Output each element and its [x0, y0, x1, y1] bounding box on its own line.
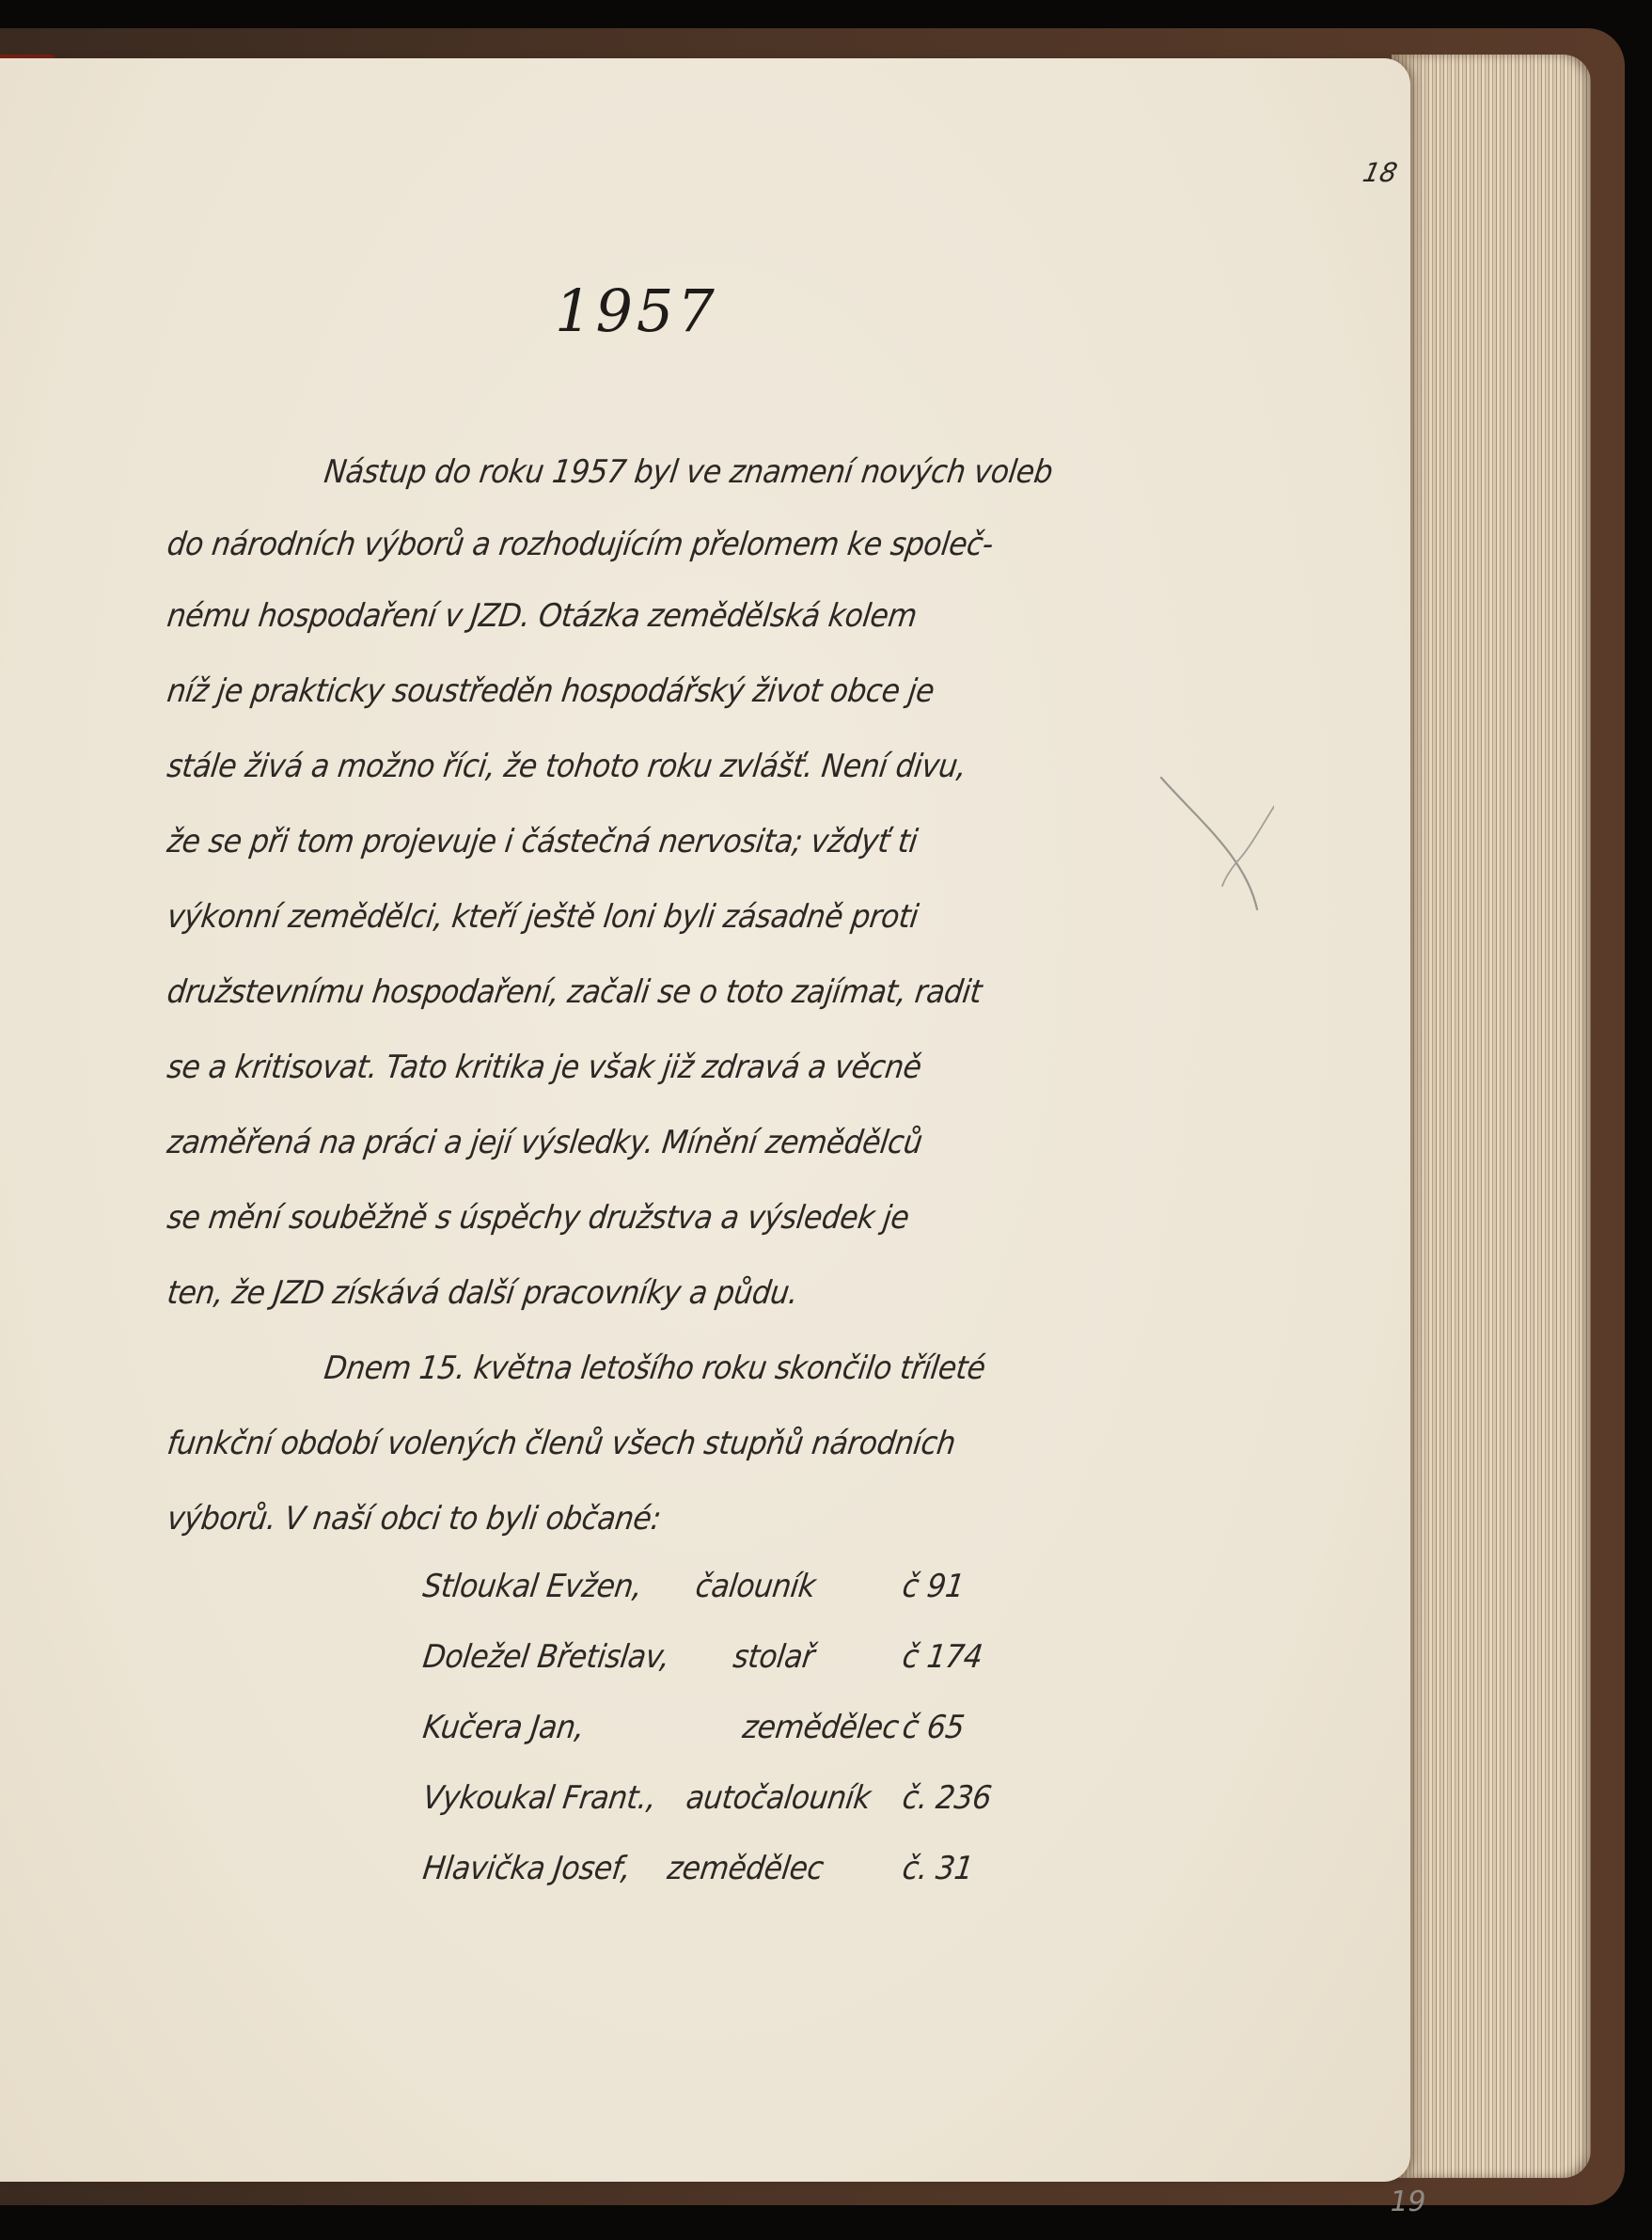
- list-item: Vykoukal Frant., autočalouník č. 236: [423, 1775, 1025, 1822]
- list-item: Stloukal Evžen, čalouník č 91: [423, 1563, 1025, 1610]
- member-house-number: č 174: [900, 1633, 985, 1680]
- member-name: Vykoukal Frant.,: [420, 1775, 659, 1822]
- list-item: Kučera Jan, zemědělec č 65: [423, 1704, 1025, 1751]
- text-line: níž je prakticky soustředěn hospodářský …: [165, 668, 937, 715]
- page-number-pencil: 19: [1387, 2185, 1428, 2218]
- member-house-number: č 91: [900, 1563, 968, 1610]
- text-line: Dnem 15. května letošího roku skončilo t…: [322, 1345, 988, 1392]
- text-line: zaměřená na práci a její výsledky. Míněn…: [165, 1119, 925, 1166]
- page-number-ink: 18: [1360, 157, 1400, 188]
- book-page: 18 19 1957 Nástup do roku 1957 byl ve zn…: [0, 58, 1410, 2182]
- member-name: Hlavička Josef,: [420, 1845, 634, 1892]
- member-occupation: čalouník: [693, 1563, 818, 1610]
- page-stack-fore-edge: [1392, 55, 1591, 2178]
- member-name: Doležel Břetislav,: [420, 1633, 672, 1680]
- member-name: Stloukal Evžen,: [420, 1563, 645, 1610]
- list-item: Doležel Břetislav, stolař č 174: [423, 1633, 1025, 1680]
- text-line: Nástup do roku 1957 byl ve znamení novýc…: [322, 449, 1056, 496]
- pencil-x-mark-icon: [1142, 754, 1274, 914]
- member-occupation: autočalouník: [684, 1775, 873, 1822]
- text-line: se a kritisovat. Tato kritika je však ji…: [165, 1044, 924, 1091]
- text-line: se mění souběžně s úspěchy družstva a vý…: [165, 1194, 912, 1241]
- text-line: výkonní zemědělci, kteří ještě loni byli…: [165, 893, 921, 940]
- text-line: výborů. V naší obci to byli občané:: [165, 1495, 664, 1542]
- member-house-number: č. 31: [900, 1845, 976, 1892]
- text-line: do národních výborů a rozhodujícím přelo…: [165, 521, 996, 568]
- member-occupation: zemědělec: [740, 1704, 902, 1751]
- text-line: družstevnímu hospodaření, začali se o to…: [165, 969, 984, 1016]
- text-line: ten, že JZD získává další pracovníky a p…: [165, 1270, 801, 1317]
- member-house-number: č 65: [900, 1704, 968, 1751]
- member-house-number: č. 236: [900, 1775, 995, 1822]
- year-heading: 1957: [555, 276, 718, 345]
- member-occupation: zemědělec: [665, 1845, 826, 1892]
- member-occupation: stolař: [731, 1633, 817, 1680]
- text-line: stále živá a možno říci, že tohoto roku …: [165, 743, 969, 790]
- list-item: Hlavička Josef, zemědělec č. 31: [423, 1845, 1025, 1892]
- text-line: že se při tom projevuje i částečná nervo…: [165, 818, 920, 865]
- text-line: nému hospodaření v JZD. Otázka zemědělsk…: [165, 592, 920, 639]
- text-line: funkční období volených členů všech stup…: [165, 1420, 958, 1467]
- member-name: Kučera Jan,: [420, 1704, 587, 1751]
